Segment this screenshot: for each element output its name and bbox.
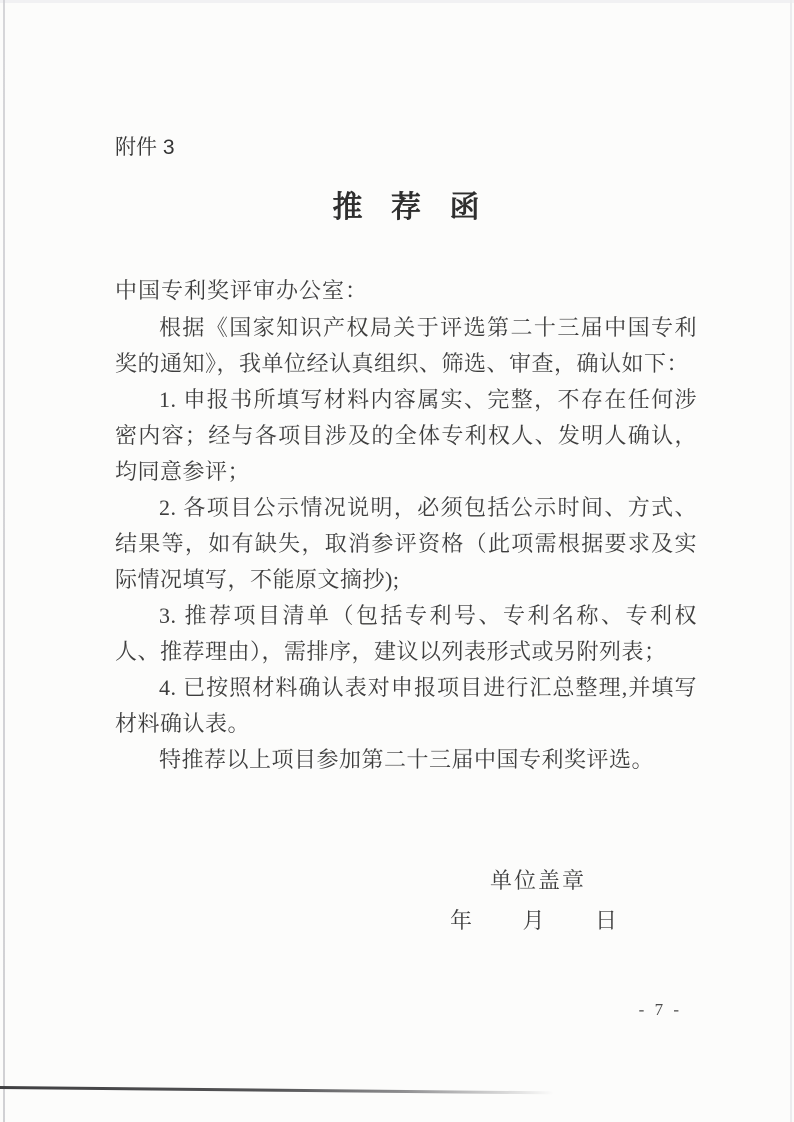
month-label: 月 bbox=[523, 908, 545, 933]
scan-edge-bottom bbox=[0, 1086, 554, 1094]
seal-label: 单位盖章 bbox=[490, 866, 697, 896]
document-page: 附件 3 推荐函 中国专利奖评审办公室： 根据《国家知识产权局关于评选第二十三届… bbox=[0, 0, 794, 1122]
salutation: 中国专利奖评审办公室： bbox=[115, 272, 697, 310]
date-line: 年 月 日 bbox=[450, 906, 697, 936]
day-label: 日 bbox=[595, 908, 617, 933]
attachment-label: 附件 3 bbox=[115, 136, 697, 160]
scan-edge-right bbox=[790, 0, 792, 1122]
body-paragraph-item-3: 3. 推荐项目清单（包括专利号、专利名称、专利权人、推荐理由），需排序，建议以列… bbox=[115, 598, 697, 670]
document-title: 推荐函 bbox=[115, 188, 697, 228]
body-paragraph-closing: 特推荐以上项目参加第二十三届中国专利奖评选。 bbox=[115, 742, 697, 778]
scan-edge-left bbox=[3, 0, 5, 1122]
body-paragraph-item-1: 1. 申报书所填写材料内容属实、完整，不存在任何涉密内容；经与各项目涉及的全体专… bbox=[115, 382, 697, 490]
page-number: - 7 - bbox=[639, 1000, 682, 1020]
body-paragraph-intro: 根据《国家知识产权局关于评选第二十三届中国专利奖的通知》，我单位经认真组织、筛选… bbox=[115, 310, 697, 382]
body-paragraph-item-4: 4. 已按照材料确认表对申报项目进行汇总整理,并填写材料确认表。 bbox=[115, 670, 697, 742]
year-label: 年 bbox=[450, 908, 472, 933]
body-paragraph-item-2: 2. 各项目公示情况说明，必须包括公示时间、方式、结果等，如有缺失，取消参评资格… bbox=[115, 490, 697, 598]
document-content: 附件 3 推荐函 中国专利奖评审办公室： 根据《国家知识产权局关于评选第二十三届… bbox=[115, 0, 697, 936]
signature-block: 单位盖章 年 月 日 bbox=[115, 866, 697, 936]
